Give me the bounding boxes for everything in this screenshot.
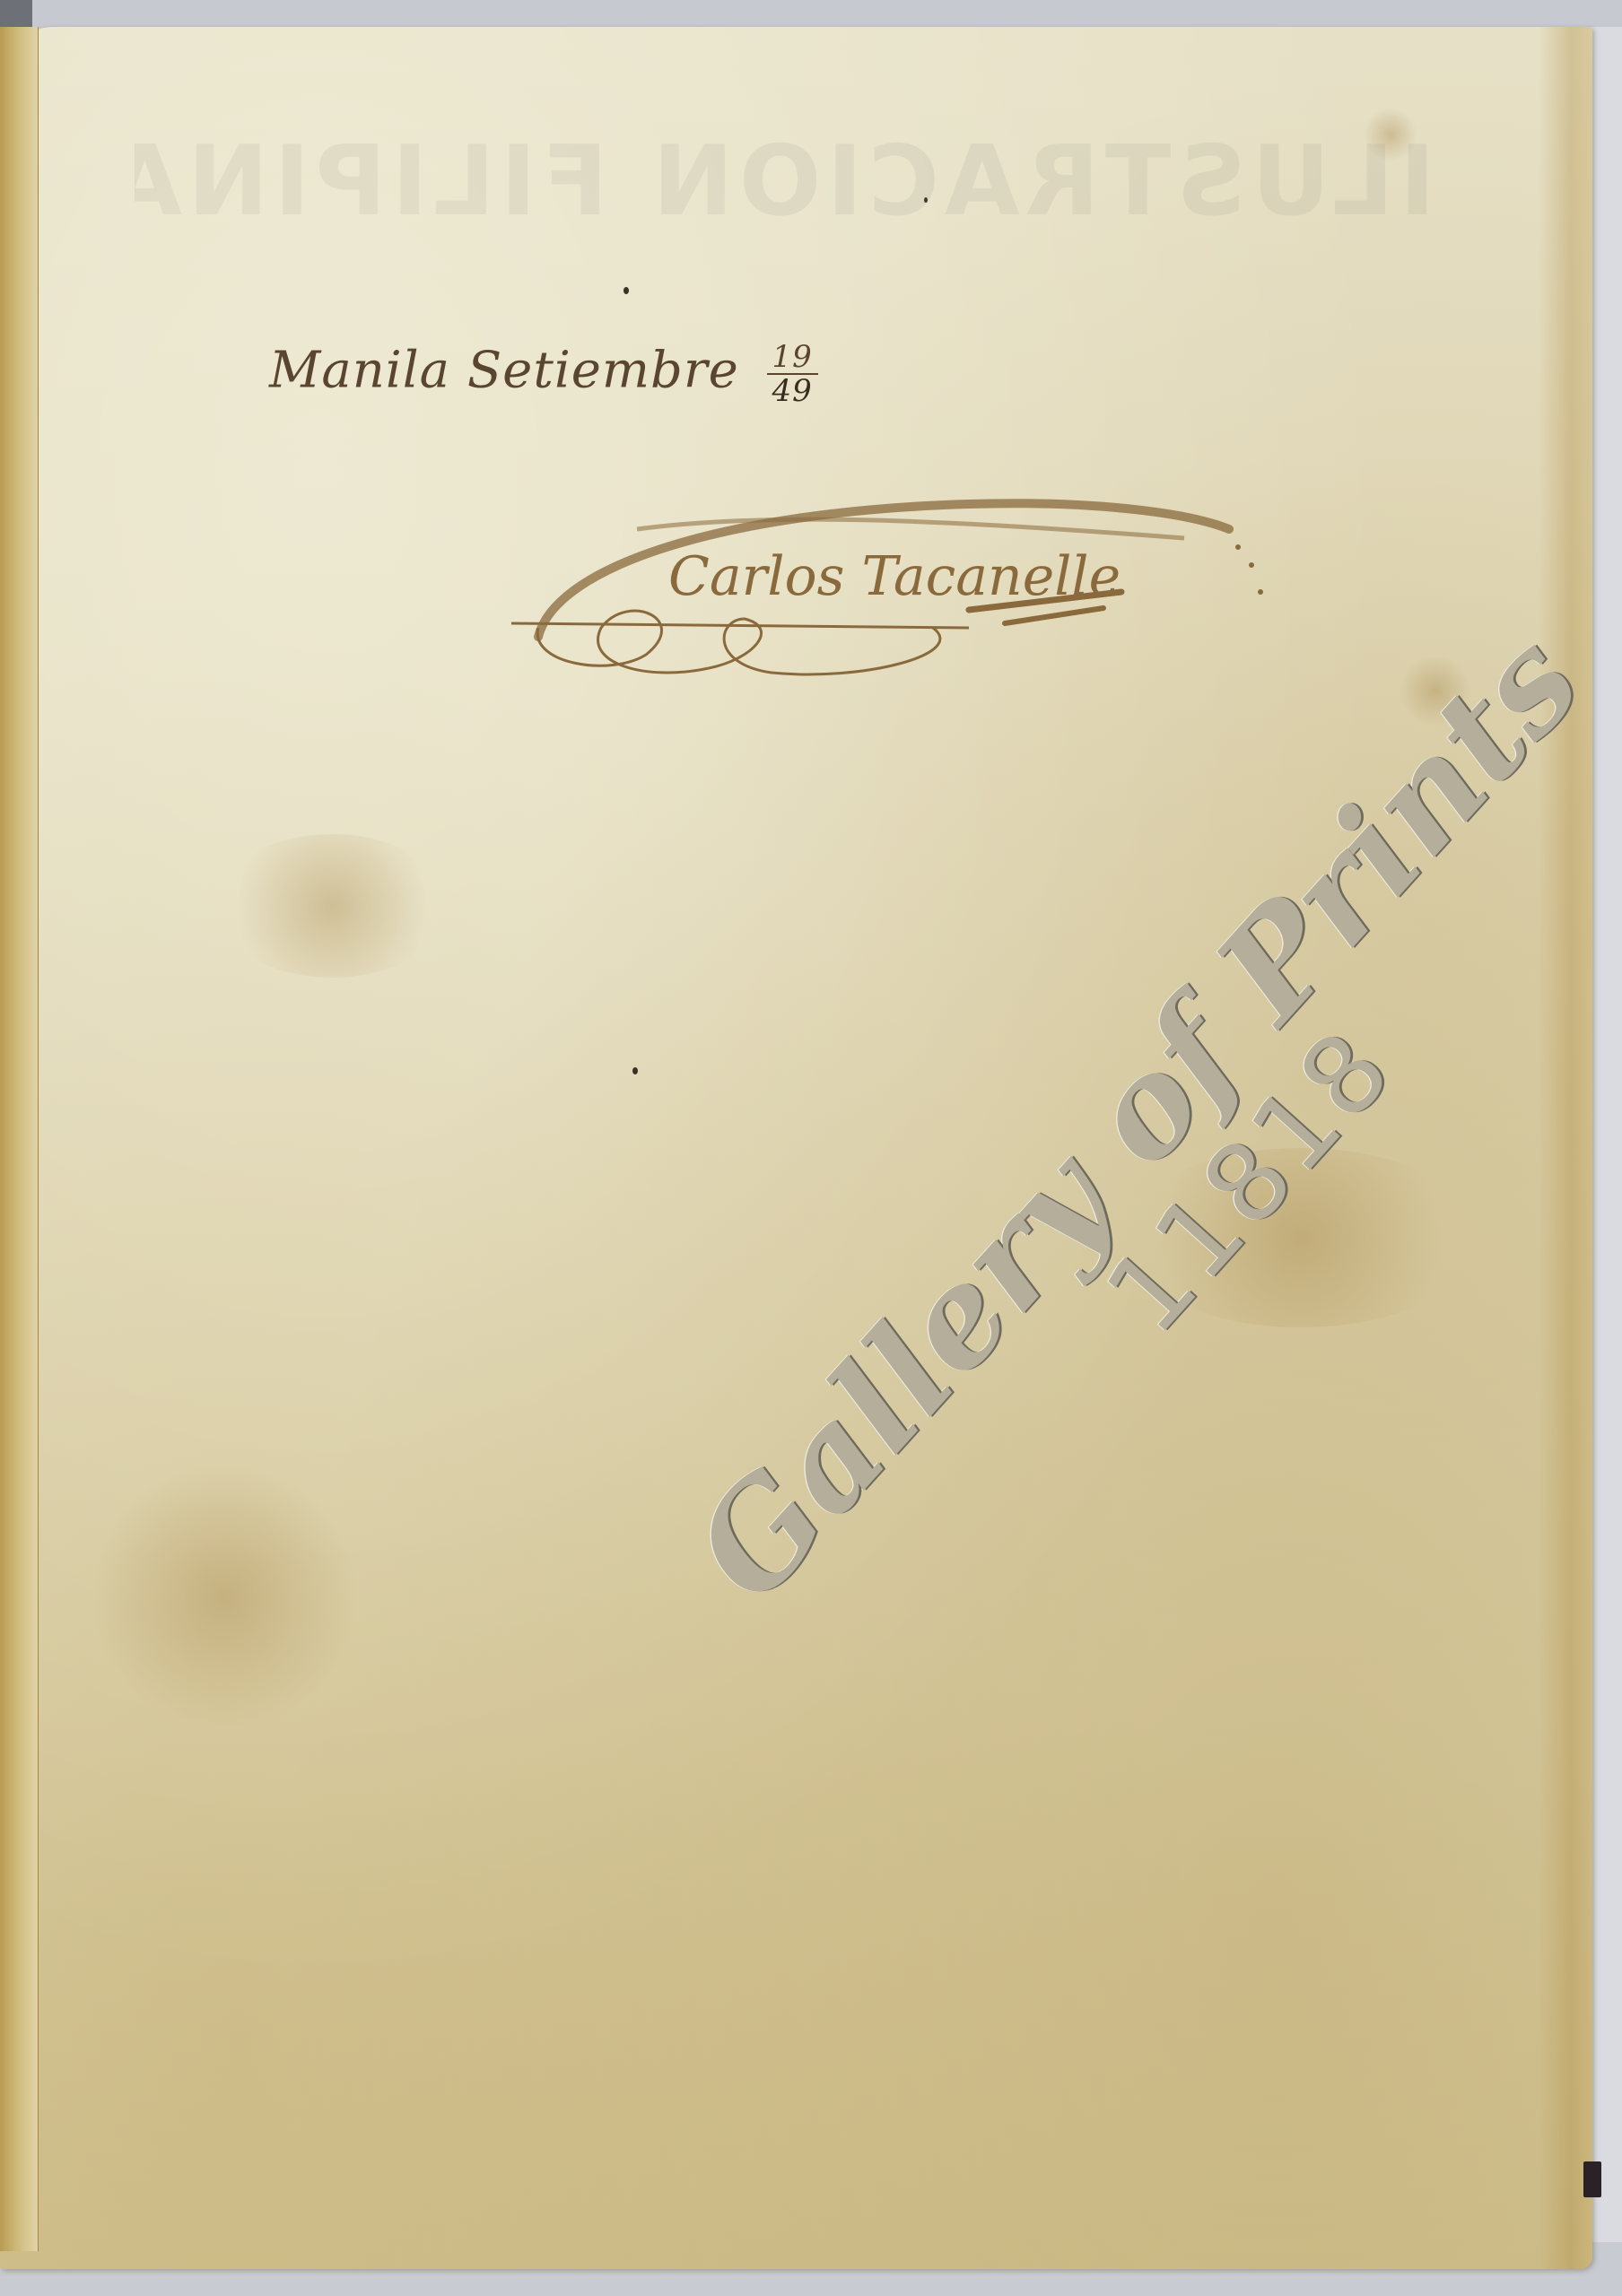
signature-name: Carlos Tacanelle: [668, 545, 1121, 608]
date-day: 19: [767, 341, 818, 375]
date-fraction: 19 49: [767, 341, 818, 407]
foxing-stain: [90, 1462, 359, 1731]
date-place: Manila: [269, 342, 450, 400]
date-month: Setiembre: [467, 342, 739, 400]
handwritten-date-line: Manila Setiembre 19 49: [269, 341, 818, 407]
showthrough-heading: ILUSTRACION FILIPINA: [135, 126, 1435, 224]
page-gutter: [0, 27, 39, 2251]
foxing-stain: [215, 834, 449, 978]
binding-corner-tab: [1583, 2161, 1601, 2197]
ink-speck: [624, 287, 629, 294]
date-year: 49: [767, 375, 818, 407]
ink-speck: [632, 1067, 638, 1074]
signature-block: Carlos Tacanelle: [502, 493, 1265, 682]
